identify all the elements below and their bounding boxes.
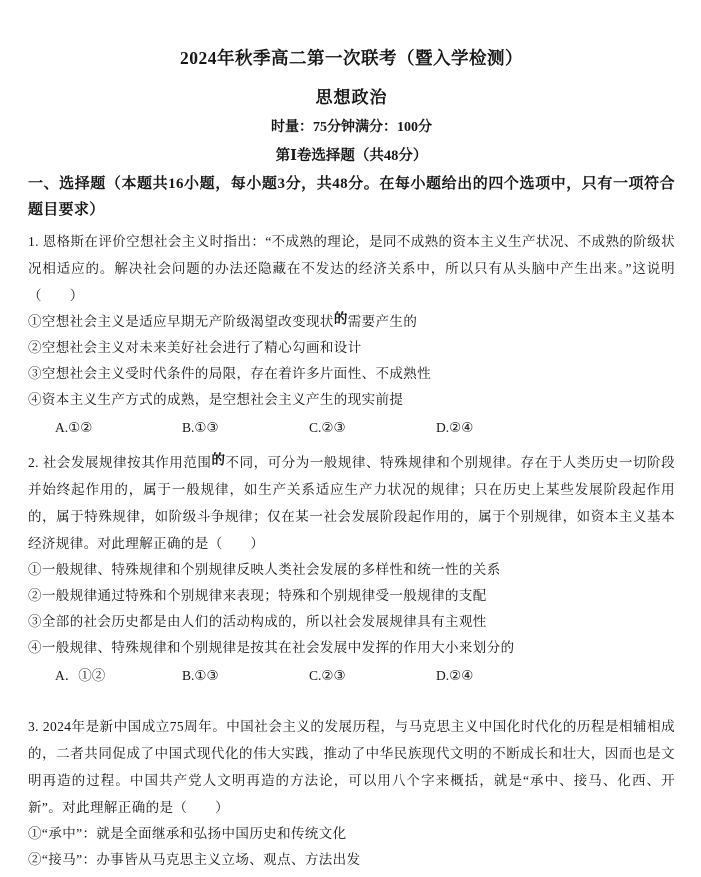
question-1-stem: 1. 恩格斯在评价空想社会主义时指出：“不成熟的理论，是同不成熟的资本主义生产状…: [28, 228, 675, 309]
question-1: 1. 恩格斯在评价空想社会主义时指出：“不成熟的理论，是同不成熟的资本主义生产状…: [28, 228, 675, 441]
question-3-statement-2: ②“接马”：办事皆从马克思主义立场、观点、方法出发: [28, 847, 675, 873]
statement-text: 需要产生的: [348, 314, 418, 329]
question-3-stem: 3. 2024年是新中国成立75周年。中国社会主义的发展历程，与马克思主义中国化…: [28, 713, 675, 821]
glitch-char: 的: [334, 311, 348, 326]
question-3: 3. 2024年是新中国成立75周年。中国社会主义的发展历程，与马克思主义中国化…: [28, 713, 675, 873]
question-1-choice-b: B.①③: [182, 415, 309, 441]
part1-heading: 第Ⅰ卷选择题（共48分）: [28, 146, 675, 166]
question-2: 2. 社会发展规律按其作用范围的不同，可分为一般规律、特殊规律和个别规律。存在于…: [28, 449, 675, 689]
question-1-statement-3: ③空想社会主义受时代条件的局限，存在着许多片面性、不成熟性: [28, 361, 675, 387]
question-2-statement-1: ①一般规律、特殊规律和个别规律反映人类社会发展的多样性和统一性的关系: [28, 557, 675, 583]
question-1-statement-2: ②空想社会主义对未来美好社会进行了精心勾画和设计: [28, 335, 675, 361]
stem-text: 2. 社会发展规律按其作用范围: [28, 455, 211, 470]
exam-title: 2024年秋季高二第一次联考（暨入学检测）: [28, 46, 675, 70]
question-2-choice-c: C.②③: [309, 663, 436, 689]
question-1-choice-a: A.①②: [55, 415, 182, 441]
question-1-statement-1: ①空想社会主义是适应早期无产阶级渴望改变现状的需要产生的: [28, 309, 675, 335]
exam-paper: 2024年秋季高二第一次联考（暨入学检测） 思想政治 时量：75分钟满分：100…: [0, 0, 701, 877]
question-1-choices: A.①② B.①③ C.②③ D.②④: [28, 415, 675, 441]
question-1-choice-c: C.②③: [309, 415, 436, 441]
question-2-choice-a: A．①②: [55, 663, 182, 689]
question-2-choices: A．①② B.①③ C.②③ D.②④: [28, 663, 675, 689]
question-2-choice-d: D.②④: [436, 663, 473, 689]
question-2-statement-2: ②一般规律通过特殊和个别规律来表现；特殊和个别规律受一般规律的支配: [28, 583, 675, 609]
question-1-statement-4: ④资本主义生产方式的成熟，是空想社会主义产生的现实前提: [28, 387, 675, 413]
statement-text: ①空想社会主义是适应早期无产阶级渴望改变现状: [28, 314, 334, 329]
question-2-statement-4: ④一般规律、特殊规律和个别规律是按其在社会发展中发挥的作用大小来划分的: [28, 635, 675, 661]
question-3-statement-1: ①“承中”：就是全面继承和弘扬中国历史和传统文化: [28, 821, 675, 847]
question-2-choice-b: B.①③: [182, 663, 309, 689]
exam-duration-score: 时量：75分钟满分：100分: [28, 118, 675, 138]
question-2-statement-3: ③全部的社会历史都是由人们的活动构成的，所以社会发展规律具有主观性: [28, 609, 675, 635]
exam-subject: 思想政治: [28, 87, 675, 109]
glitch-char: 的: [211, 452, 225, 467]
question-2-stem: 2. 社会发展规律按其作用范围的不同，可分为一般规律、特殊规律和个别规律。存在于…: [28, 449, 675, 557]
section1-heading: 一、选择题（本题共16小题，每小题3分，共48分。在每小题给出的四个选项中，只有…: [28, 171, 675, 223]
question-1-choice-d: D.②④: [436, 415, 473, 441]
